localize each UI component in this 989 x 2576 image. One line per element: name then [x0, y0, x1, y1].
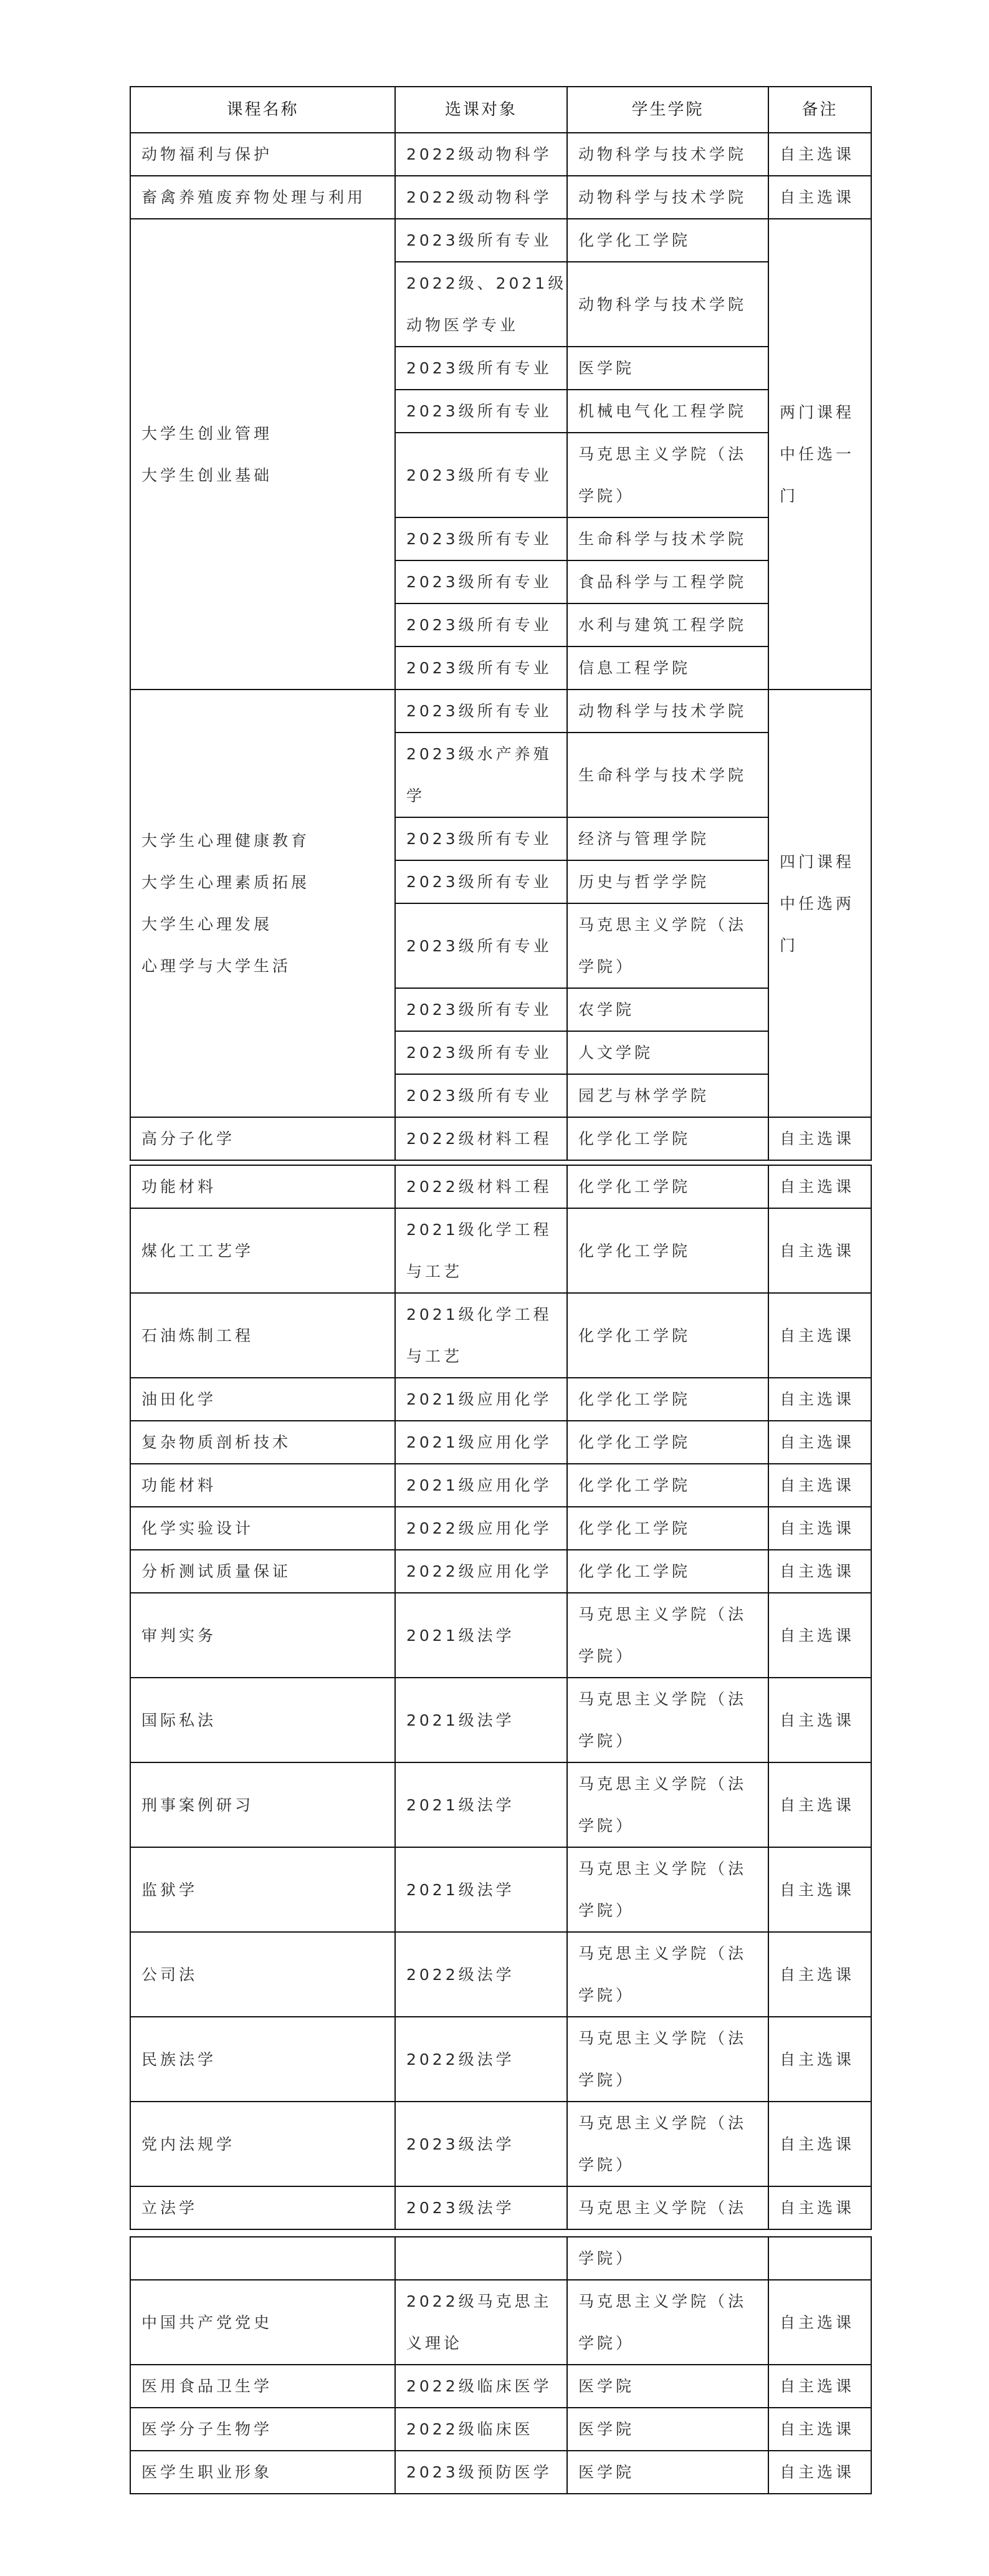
target: 2023级预防医学 — [395, 2451, 567, 2494]
college: 机械电气化工程学院 — [567, 390, 768, 433]
course-name: 动物福利与保护 — [130, 133, 395, 176]
course-name: 国际私法 — [130, 1678, 395, 1762]
course-name: 油田化学 — [130, 1378, 395, 1421]
table-row: 公司法2022级法学马克思主义学院（法学院）自主选课 — [130, 1932, 871, 2017]
course-name: 民族法学 — [130, 2017, 395, 2102]
target-line: 与工艺 — [406, 1335, 566, 1377]
college: 化学化工学院 — [567, 1208, 768, 1293]
college: 马克思主义学院（法学院） — [567, 2102, 768, 2186]
target-line: 2023级所有专业 — [406, 561, 566, 603]
college-line: 医学院 — [578, 347, 768, 389]
target-line: 2023级预防医学 — [406, 2451, 566, 2493]
target: 2023级所有专业 — [395, 517, 567, 560]
college: 动物科学与技术学院 — [567, 176, 768, 219]
remark: 自主选课 — [768, 2280, 871, 2365]
college: 经济与管理学院 — [567, 817, 768, 860]
table-row: 学院） — [130, 2237, 871, 2280]
target: 2021级应用化学 — [395, 1464, 567, 1507]
remark: 自主选课 — [768, 1293, 871, 1378]
college: 马克思主义学院（法学院） — [567, 1762, 768, 1847]
target-line: 2022级应用化学 — [406, 1507, 566, 1549]
target-line: 2022级马克思主 — [406, 2280, 566, 2322]
target-line: 2021级法学 — [406, 1615, 566, 1656]
college: 马克思主义学院（法学院） — [567, 1593, 768, 1678]
table-row: 医用食品卫生学2022级临床医学医学院自主选课 — [130, 2365, 871, 2408]
remark: 自主选课 — [768, 1208, 871, 1293]
college-line: 学院） — [578, 946, 768, 988]
table-row: 中国共产党党史2022级马克思主义理论马克思主义学院（法学院）自主选课 — [130, 2280, 871, 2365]
table-row: 大学生创业管理 大学生创业基础 2023级所有专业 化学化工学院 两门课程 中任… — [130, 219, 871, 262]
college: 园艺与林学学院 — [567, 1074, 768, 1117]
target-line: 2022级临床医 — [406, 2408, 566, 2450]
target-line: 2022级法学 — [406, 2039, 566, 2080]
college-line: 生命科学与技术学院 — [578, 754, 768, 796]
college: 生命科学与技术学院 — [567, 733, 768, 817]
target: 2021级法学 — [395, 1762, 567, 1847]
target-line: 2023级所有专业 — [406, 818, 566, 860]
remark-line: 门 — [780, 925, 871, 966]
college-line: 食品科学与工程学院 — [578, 561, 768, 603]
table-row: 畜禽养殖废弃物处理与利用 2022级动物科学 动物科学与技术学院 自主选课 — [130, 176, 871, 219]
target-line: 2021级应用化学 — [406, 1464, 566, 1506]
remark: 自主选课 — [768, 2017, 871, 2102]
college-line: 马克思主义学院（法 — [578, 2280, 768, 2322]
college: 动物科学与技术学院 — [567, 262, 768, 347]
target: 2023级所有专业 — [395, 903, 567, 988]
target: 2022级临床医 — [395, 2408, 567, 2451]
table-row: 大学生心理健康教育 大学生心理素质拓展 大学生心理发展 心理学与大学生活 202… — [130, 690, 871, 733]
college-line: 马克思主义学院（法 — [578, 1763, 768, 1805]
course-name: 大学生创业基础 — [141, 454, 394, 496]
target-line: 动物医学专业 — [406, 304, 566, 346]
target: 2023级所有专业 — [395, 860, 567, 903]
target-line: 2023级水产养殖 — [406, 733, 566, 775]
college-line: 机械电气化工程学院 — [578, 390, 768, 432]
target-line: 2023级所有专业 — [406, 1032, 566, 1074]
target-line: 2022级材料工程 — [406, 1166, 566, 1208]
target-line: 2023级所有专业 — [406, 647, 566, 689]
header-course-name: 课程名称 — [130, 87, 395, 133]
course-name: 立法学 — [130, 2186, 395, 2229]
college: 化学化工学院 — [567, 1378, 768, 1421]
target: 2022级材料工程 — [395, 1117, 567, 1160]
target: 2023级所有专业 — [395, 433, 567, 517]
table-row: 复杂物质剖析技术2021级应用化学化学化工学院自主选课 — [130, 1421, 871, 1464]
college-line: 马克思主义学院（法 — [578, 2102, 768, 2144]
course-name: 大学生心理发展 — [141, 903, 394, 945]
course-table-page-2: 功能材料2022级材料工程化学化工学院自主选课煤化工工艺学2021级化学工程与工… — [130, 1165, 872, 2230]
remark: 自主选课 — [768, 1550, 871, 1593]
college: 化学化工学院 — [567, 1550, 768, 1593]
target: 2022级应用化学 — [395, 1550, 567, 1593]
remark: 自主选课 — [768, 1507, 871, 1550]
target: 2022级动物科学 — [395, 176, 567, 219]
course-name: 刑事案例研习 — [130, 1762, 395, 1847]
college: 动物科学与技术学院 — [567, 133, 768, 176]
college: 化学化工学院 — [567, 1507, 768, 1550]
target: 2023级水产养殖 学 — [395, 733, 567, 817]
target: 2023级所有专业 — [395, 988, 567, 1031]
college-line: 马克思主义学院（法 — [578, 2017, 768, 2059]
college: 化学化工学院 — [567, 219, 768, 262]
remark-line: 四门课程 — [780, 841, 871, 883]
target: 2023级法学 — [395, 2102, 567, 2186]
course-name: 分析测试质量保证 — [130, 1550, 395, 1593]
target: 2023级所有专业 — [395, 646, 567, 690]
course-table-page-1: 课程名称 选课对象 学生学院 备注 动物福利与保护 2022级动物科学 动物科学… — [130, 86, 872, 1161]
college: 医学院 — [567, 347, 768, 390]
target — [395, 2237, 567, 2280]
remark-line: 门 — [780, 475, 871, 517]
course-name: 中国共产党党史 — [130, 2280, 395, 2365]
target: 2023级所有专业 — [395, 560, 567, 603]
table-row: 石油炼制工程2021级化学工程与工艺化学化工学院自主选课 — [130, 1293, 871, 1378]
college-line: 学院） — [578, 2237, 768, 2279]
remark: 自主选课 — [768, 1762, 871, 1847]
course-name: 医用食品卫生学 — [130, 2365, 395, 2408]
target-line: 与工艺 — [406, 1251, 566, 1292]
college-line: 学院） — [578, 1805, 768, 1847]
college: 化学化工学院 — [567, 1464, 768, 1507]
target-line: 2023级所有专业 — [406, 518, 566, 560]
college-line: 化学化工学院 — [578, 1550, 768, 1592]
college: 化学化工学院 — [567, 1293, 768, 1378]
course-name: 石油炼制工程 — [130, 1293, 395, 1378]
remark-line: 中任选两 — [780, 883, 871, 925]
college-line: 园艺与林学学院 — [578, 1075, 768, 1117]
college: 信息工程学院 — [567, 646, 768, 690]
target-line: 2023级所有专业 — [406, 861, 566, 903]
table-row: 审判实务2021级法学马克思主义学院（法学院）自主选课 — [130, 1593, 871, 1678]
target: 2022级动物科学 — [395, 133, 567, 176]
course-name: 畜禽养殖废弃物处理与利用 — [130, 176, 395, 219]
course-name: 公司法 — [130, 1932, 395, 2017]
remark-line: 中任选一 — [780, 433, 871, 475]
college: 农学院 — [567, 988, 768, 1031]
target: 2023级所有专业 — [395, 603, 567, 646]
target-line: 2023级所有专业 — [406, 390, 566, 432]
course-name-group-psychology: 大学生心理健康教育 大学生心理素质拓展 大学生心理发展 心理学与大学生活 — [130, 690, 395, 1117]
college: 马克思主义学院（法 学院） — [567, 433, 768, 517]
college-line: 马克思主义学院（法 — [578, 904, 768, 946]
table-row: 医学生职业形象2023级预防医学医学院自主选课 — [130, 2451, 871, 2494]
college-line: 化学化工学院 — [578, 1421, 768, 1463]
college-line: 学院） — [578, 2144, 768, 2186]
college: 马克思主义学院（法 — [567, 2186, 768, 2229]
target-line: 2023级所有专业 — [406, 690, 566, 732]
college: 化学化工学院 — [567, 1165, 768, 1208]
target: 2021级应用化学 — [395, 1378, 567, 1421]
target-line: 2023级所有专业 — [406, 219, 566, 261]
college: 动物科学与技术学院 — [567, 690, 768, 733]
college: 水利与建筑工程学院 — [567, 603, 768, 646]
college: 马克思主义学院（法学院） — [567, 2280, 768, 2365]
college-line: 人文学院 — [578, 1032, 768, 1074]
college: 马克思主义学院（法学院） — [567, 1678, 768, 1762]
college-line: 水利与建筑工程学院 — [578, 604, 768, 646]
remark: 自主选课 — [768, 133, 871, 176]
remark: 自主选课 — [768, 1464, 871, 1507]
remark: 自主选课 — [768, 1847, 871, 1932]
course-name: 功能材料 — [130, 1464, 395, 1507]
college-line: 化学化工学院 — [578, 1230, 768, 1272]
college: 历史与哲学学院 — [567, 860, 768, 903]
college: 化学化工学院 — [567, 1421, 768, 1464]
college: 马克思主义学院（法 学院） — [567, 903, 768, 988]
target: 2021级应用化学 — [395, 1421, 567, 1464]
target: 2022级法学 — [395, 1932, 567, 2017]
college-line: 马克思主义学院（法 — [578, 1848, 768, 1890]
course-name: 煤化工工艺学 — [130, 1208, 395, 1293]
college-line: 化学化工学院 — [578, 1507, 768, 1549]
target: 2023级所有专业 — [395, 347, 567, 390]
table-row: 国际私法2021级法学马克思主义学院（法学院）自主选课 — [130, 1678, 871, 1762]
college-line: 医学院 — [578, 2365, 768, 2407]
college-line: 学院） — [578, 1720, 768, 1762]
college-line: 动物科学与技术学院 — [578, 690, 768, 732]
college: 人文学院 — [567, 1031, 768, 1074]
target: 2023级所有专业 — [395, 690, 567, 733]
target-line: 学 — [406, 775, 566, 817]
target-line: 2023级所有专业 — [406, 925, 566, 967]
college: 生命科学与技术学院 — [567, 517, 768, 560]
remark: 自主选课 — [768, 2186, 871, 2229]
remark: 自主选课 — [768, 1165, 871, 1208]
course-name: 大学生创业管理 — [141, 413, 394, 454]
college-line: 马克思主义学院（法 — [578, 1933, 768, 1974]
college-line: 化学化工学院 — [578, 1378, 768, 1420]
course-table-page-3: 学院）中国共产党党史2022级马克思主义理论马克思主义学院（法学院）自主选课医用… — [130, 2236, 872, 2494]
course-name: 功能材料 — [130, 1165, 395, 1208]
remark: 自主选课 — [768, 176, 871, 219]
college-line: 化学化工学院 — [578, 1315, 768, 1357]
target-line: 2021级法学 — [406, 1784, 566, 1826]
target: 2021级法学 — [395, 1593, 567, 1678]
remark: 自主选课 — [768, 2451, 871, 2494]
college-line: 化学化工学院 — [578, 1166, 768, 1208]
college-line: 生命科学与技术学院 — [578, 518, 768, 560]
course-name — [130, 2237, 395, 2280]
target-line: 2023级所有专业 — [406, 454, 566, 496]
college-line: 化学化工学院 — [578, 1464, 768, 1506]
target: 2022级临床医学 — [395, 2365, 567, 2408]
target-line: 2021级应用化学 — [406, 1378, 566, 1420]
table-row: 功能材料2022级材料工程化学化工学院自主选课 — [130, 1165, 871, 1208]
table-row: 监狱学2021级法学马克思主义学院（法学院）自主选课 — [130, 1847, 871, 1932]
target: 2022级法学 — [395, 2017, 567, 2102]
college-line: 马克思主义学院（法 — [578, 1678, 768, 1720]
course-name: 大学生心理健康教育 — [141, 820, 394, 862]
college: 化学化工学院 — [567, 1117, 768, 1160]
college: 马克思主义学院（法学院） — [567, 1932, 768, 2017]
college-line: 学院） — [578, 1890, 768, 1931]
course-name: 审判实务 — [130, 1593, 395, 1678]
table-row: 刑事案例研习2021级法学马克思主义学院（法学院）自主选课 — [130, 1762, 871, 1847]
college: 医学院 — [567, 2408, 768, 2451]
college-line: 化学化工学院 — [578, 219, 768, 261]
course-name: 大学生心理素质拓展 — [141, 862, 394, 903]
remark: 自主选课 — [768, 1678, 871, 1762]
college: 马克思主义学院（法学院） — [567, 1847, 768, 1932]
remark: 自主选课 — [768, 1117, 871, 1160]
remark-group-entrepreneurship: 两门课程 中任选一 门 — [768, 219, 871, 690]
college-line: 医学院 — [578, 2408, 768, 2450]
college-line: 学院） — [578, 2322, 768, 2364]
remark: 自主选课 — [768, 1378, 871, 1421]
target: 2022级材料工程 — [395, 1165, 567, 1208]
college-line: 经济与管理学院 — [578, 818, 768, 860]
target-line: 2021级化学工程 — [406, 1209, 566, 1251]
target-line: 义理论 — [406, 2322, 566, 2364]
college-line: 信息工程学院 — [578, 647, 768, 689]
target-line: 2023级所有专业 — [406, 347, 566, 389]
table-row: 动物福利与保护 2022级动物科学 动物科学与技术学院 自主选课 — [130, 133, 871, 176]
target: 2022级、2021级 动物医学专业 — [395, 262, 567, 347]
target-line: 2023级法学 — [406, 2123, 566, 2165]
target: 2023级所有专业 — [395, 390, 567, 433]
college-line: 学院） — [578, 1974, 768, 2016]
target-line: 2021级法学 — [406, 1869, 566, 1911]
remark: 自主选课 — [768, 2365, 871, 2408]
course-name: 复杂物质剖析技术 — [130, 1421, 395, 1464]
target: 2023级所有专业 — [395, 1074, 567, 1117]
remark — [768, 2237, 871, 2280]
table-row: 立法学2023级法学马克思主义学院（法自主选课 — [130, 2186, 871, 2229]
target: 2022级应用化学 — [395, 1507, 567, 1550]
target: 2023级所有专业 — [395, 219, 567, 262]
target-line: 2022级临床医学 — [406, 2365, 566, 2407]
remark-group-psychology: 四门课程 中任选两 门 — [768, 690, 871, 1117]
course-name: 化学实验设计 — [130, 1507, 395, 1550]
target-line: 2022级、2021级 — [406, 262, 566, 304]
college-line: 历史与哲学学院 — [578, 861, 768, 903]
course-name: 医学分子生物学 — [130, 2408, 395, 2451]
target-line: 2021级化学工程 — [406, 1294, 566, 1335]
course-name: 高分子化学 — [130, 1117, 395, 1160]
table-row: 医学分子生物学2022级临床医医学院自主选课 — [130, 2408, 871, 2451]
target-line: 2021级法学 — [406, 1699, 566, 1741]
header-target: 选课对象 — [395, 87, 567, 133]
target-line: 2023级所有专业 — [406, 604, 566, 646]
header-college: 学生学院 — [567, 87, 768, 133]
remark: 自主选课 — [768, 2102, 871, 2186]
college-line: 学院） — [578, 475, 768, 517]
target: 2023级所有专业 — [395, 1031, 567, 1074]
table-row: 民族法学2022级法学马克思主义学院（法学院）自主选课 — [130, 2017, 871, 2102]
college: 医学院 — [567, 2451, 768, 2494]
course-name: 医学生职业形象 — [130, 2451, 395, 2494]
target: 2022级马克思主义理论 — [395, 2280, 567, 2365]
college-line: 学院） — [578, 1635, 768, 1677]
college: 学院） — [567, 2237, 768, 2280]
target-line: 2022级法学 — [406, 1954, 566, 1996]
college-line: 马克思主义学院（法 — [578, 433, 768, 475]
table-row: 分析测试质量保证2022级应用化学化学化工学院自主选课 — [130, 1550, 871, 1593]
college: 食品科学与工程学院 — [567, 560, 768, 603]
header-remark: 备注 — [768, 87, 871, 133]
remark-line: 两门课程 — [780, 392, 871, 433]
target: 2021级法学 — [395, 1847, 567, 1932]
target-line: 2023级所有专业 — [406, 1075, 566, 1117]
target-line: 2023级所有专业 — [406, 989, 566, 1031]
target: 2021级化学工程与工艺 — [395, 1293, 567, 1378]
target-line: 2022级应用化学 — [406, 1550, 566, 1592]
table-row: 化学实验设计2022级应用化学化学化工学院自主选课 — [130, 1507, 871, 1550]
college: 马克思主义学院（法学院） — [567, 2017, 768, 2102]
remark: 自主选课 — [768, 1593, 871, 1678]
college: 医学院 — [567, 2365, 768, 2408]
course-name: 心理学与大学生活 — [141, 945, 394, 987]
college-line: 医学院 — [578, 2451, 768, 2493]
table-row: 高分子化学 2022级材料工程 化学化工学院 自主选课 — [130, 1117, 871, 1160]
target: 2023级所有专业 — [395, 817, 567, 860]
college-line: 农学院 — [578, 989, 768, 1031]
course-name: 党内法规学 — [130, 2102, 395, 2186]
table-row: 油田化学2021级应用化学化学化工学院自主选课 — [130, 1378, 871, 1421]
target: 2021级法学 — [395, 1678, 567, 1762]
remark: 自主选课 — [768, 1421, 871, 1464]
remark: 自主选课 — [768, 1932, 871, 2017]
college-line: 学院） — [578, 2059, 768, 2101]
college-line: 马克思主义学院（法 — [578, 1593, 768, 1635]
remark: 自主选课 — [768, 2408, 871, 2451]
target-line: 2021级应用化学 — [406, 1421, 566, 1463]
table-row: 党内法规学2023级法学马克思主义学院（法学院）自主选课 — [130, 2102, 871, 2186]
target: 2023级法学 — [395, 2186, 567, 2229]
college-line: 动物科学与技术学院 — [578, 284, 768, 325]
table-row: 功能材料2021级应用化学化学化工学院自主选课 — [130, 1464, 871, 1507]
table-header-row: 课程名称 选课对象 学生学院 备注 — [130, 87, 871, 133]
target: 2021级化学工程与工艺 — [395, 1208, 567, 1293]
table-row: 煤化工工艺学2021级化学工程与工艺化学化工学院自主选课 — [130, 1208, 871, 1293]
course-name-group-entrepreneurship: 大学生创业管理 大学生创业基础 — [130, 219, 395, 690]
course-name: 监狱学 — [130, 1847, 395, 1932]
target-line: 2023级法学 — [406, 2187, 566, 2229]
college-line: 马克思主义学院（法 — [578, 2187, 768, 2229]
